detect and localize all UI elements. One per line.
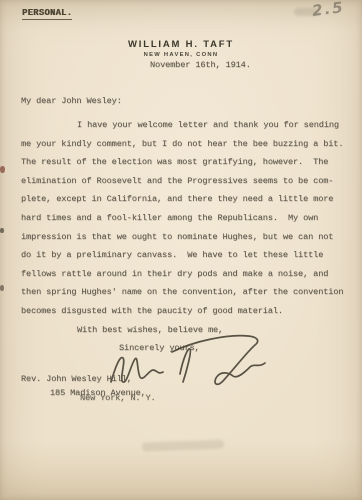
body-line: I have your welcome letter and thank you…	[21, 116, 349, 135]
letterhead-city: NEW HAVEN, CONN	[0, 52, 362, 58]
body-line: The result of the election was most grat…	[21, 153, 349, 172]
body-line: elimination of Roosevelt and the Progres…	[21, 172, 349, 191]
paper-smudge	[142, 440, 224, 452]
paper-speck	[0, 166, 5, 173]
body-line: becomes disgusted with the paucity of go…	[21, 302, 349, 321]
personal-label: PERSONAL.	[22, 8, 72, 20]
letterhead-name: WILLIAM H. TAFT	[0, 39, 362, 50]
paper-speck	[0, 228, 4, 233]
salutation: My dear John Wesley:	[21, 96, 122, 106]
body-line: plete, except in California, and there t…	[21, 190, 349, 209]
recipient-name-line: Rev. John Wesley Hill,	[21, 374, 132, 384]
letterhead: WILLIAM H. TAFT NEW HAVEN, CONN	[0, 39, 362, 58]
body-line: do it by a preliminary canvass. We have …	[21, 246, 349, 265]
taft-signature	[106, 328, 270, 394]
paper-speck	[0, 285, 4, 291]
body-line: impression is that we ought to nominate …	[21, 228, 349, 247]
body-line: then spring Hughes' name on the conventi…	[21, 283, 349, 302]
body-line: fellows rattle around in their dry pods …	[21, 265, 349, 284]
letter-scan-page: PERSONAL. 2.5 WILLIAM H. TAFT NEW HAVEN,…	[0, 0, 362, 500]
date-line: November 16th, 1914.	[150, 60, 251, 70]
letter-body: I have your welcome letter and thank you…	[21, 116, 349, 358]
pencil-annotation: 2.5	[311, 0, 346, 20]
body-line: hard times and a fool-killer among the R…	[21, 209, 349, 228]
body-line: me your kindly comment, but I do not hea…	[21, 135, 349, 154]
recipient-city-line: New York, N. Y.	[80, 393, 156, 403]
